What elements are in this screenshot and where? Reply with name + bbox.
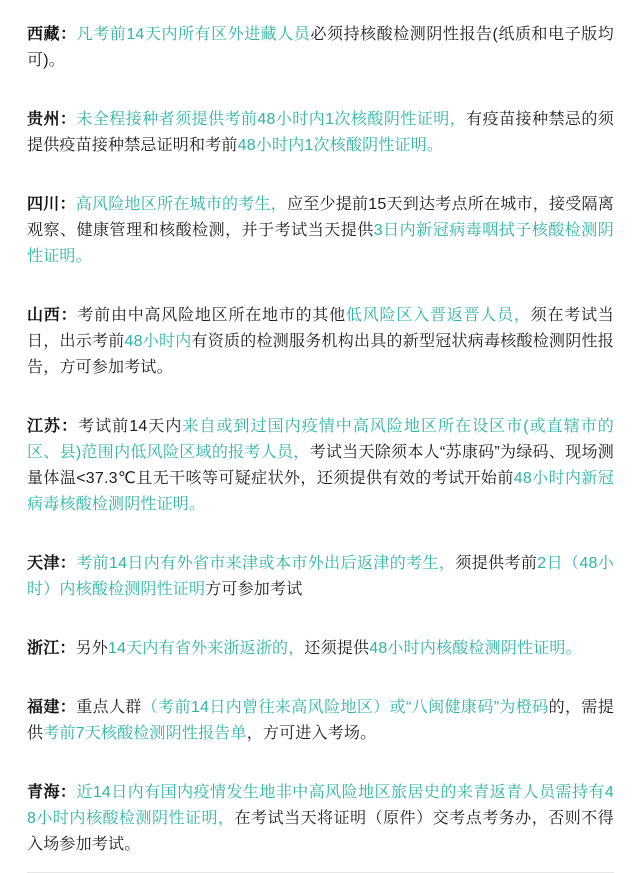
- highlighted-text: 48小时内核酸检测阴性证明。: [369, 640, 582, 657]
- highlighted-text: 14天内有省外来浙返浙的，: [108, 640, 304, 657]
- body-text: 另外: [76, 640, 108, 657]
- highlighted-text: 48小时内: [125, 333, 192, 350]
- body-text: 考试前14天内: [78, 418, 182, 435]
- province-label: 青海：: [27, 784, 76, 801]
- province-notice-paragraph: 山西：考前由中高风险地区所在地市的其他低风险区入晋返晋人员，须在考试当日，出示考…: [27, 303, 614, 381]
- province-notice-paragraph: 贵州：未全程接种者须提供考前48小时内1次核酸阴性证明，有疫苗接种禁忌的须提供疫…: [27, 107, 614, 159]
- province-notice-paragraph: 浙江：另外14天内有省外来浙返浙的，还须提供48小时内核酸检测阴性证明。: [27, 636, 614, 662]
- body-text: 重点人群: [76, 699, 142, 716]
- province-label: 天津：: [27, 555, 76, 572]
- highlighted-text: （考前14日内曾往来高风险地区）或“八闽健康码”为橙码: [142, 699, 549, 716]
- body-text: 考前由中高风险地区所在地市的其他: [77, 307, 346, 324]
- article-page: { "page": { "background": "#ffffff", "te…: [0, 0, 641, 873]
- highlighted-text: 高风险地区所在城市的考生，: [76, 196, 287, 213]
- province-notice-list: 西藏：凡考前14天内所有区外进藏人员必须持核酸检测阴性报告(纸质和电子版均可)。…: [27, 22, 614, 858]
- province-notice-paragraph: 青海：近14日内有国内疫情发生地非中高风险地区旅居史的来青返青人员需持有48小时…: [27, 780, 614, 858]
- province-label: 江苏：: [27, 418, 78, 435]
- body-text: 方可参加考试: [205, 581, 302, 598]
- highlighted-text: 未全程接种者须提供考前48小时内1次核酸阴性证明，: [76, 111, 466, 128]
- highlighted-text: 考前7天核酸检测阴性报告单: [43, 725, 247, 742]
- notice-article: 西藏：凡考前14天内所有区外进藏人员必须持核酸检测阴性报告(纸质和电子版均可)。…: [0, 0, 641, 873]
- highlighted-text: 低风险区入晋返晋人员，: [346, 307, 531, 324]
- body-text: 须提供考前: [455, 555, 537, 572]
- province-notice-paragraph: 福建：重点人群（考前14日内曾往来高风险地区）或“八闽健康码”为橙码的，需提供考…: [27, 695, 614, 747]
- highlighted-text: 考前14日内有外省市来津或本市外出后返津的考生，: [76, 555, 455, 572]
- province-notice-paragraph: 天津：考前14日内有外省市来津或本市外出后返津的考生，须提供考前2日（48小时）…: [27, 551, 614, 603]
- province-label: 浙江：: [27, 640, 76, 657]
- province-label: 贵州：: [27, 111, 76, 128]
- body-text: ，方可进入考场。: [247, 725, 377, 742]
- body-text: 还须提供: [304, 640, 369, 657]
- province-label: 福建：: [27, 699, 76, 716]
- province-notice-paragraph: 西藏：凡考前14天内所有区外进藏人员必须持核酸检测阴性报告(纸质和电子版均可)。: [27, 22, 614, 74]
- province-label: 西藏：: [27, 26, 77, 43]
- province-notice-paragraph: 江苏：考试前14天内来自或到过国内疫情中高风险地区所在设区市(或直辖市的区、县)…: [27, 414, 614, 518]
- highlighted-text: 凡考前14天内所有区外进藏人员: [77, 26, 311, 43]
- highlighted-text: 48小时内1次核酸阴性证明。: [238, 137, 444, 154]
- province-label: 山西：: [27, 307, 77, 324]
- province-notice-paragraph: 四川：高风险地区所在城市的考生，应至少提前15天到达考点所在城市，接受隔离观察、…: [27, 192, 614, 270]
- province-label: 四川：: [27, 196, 76, 213]
